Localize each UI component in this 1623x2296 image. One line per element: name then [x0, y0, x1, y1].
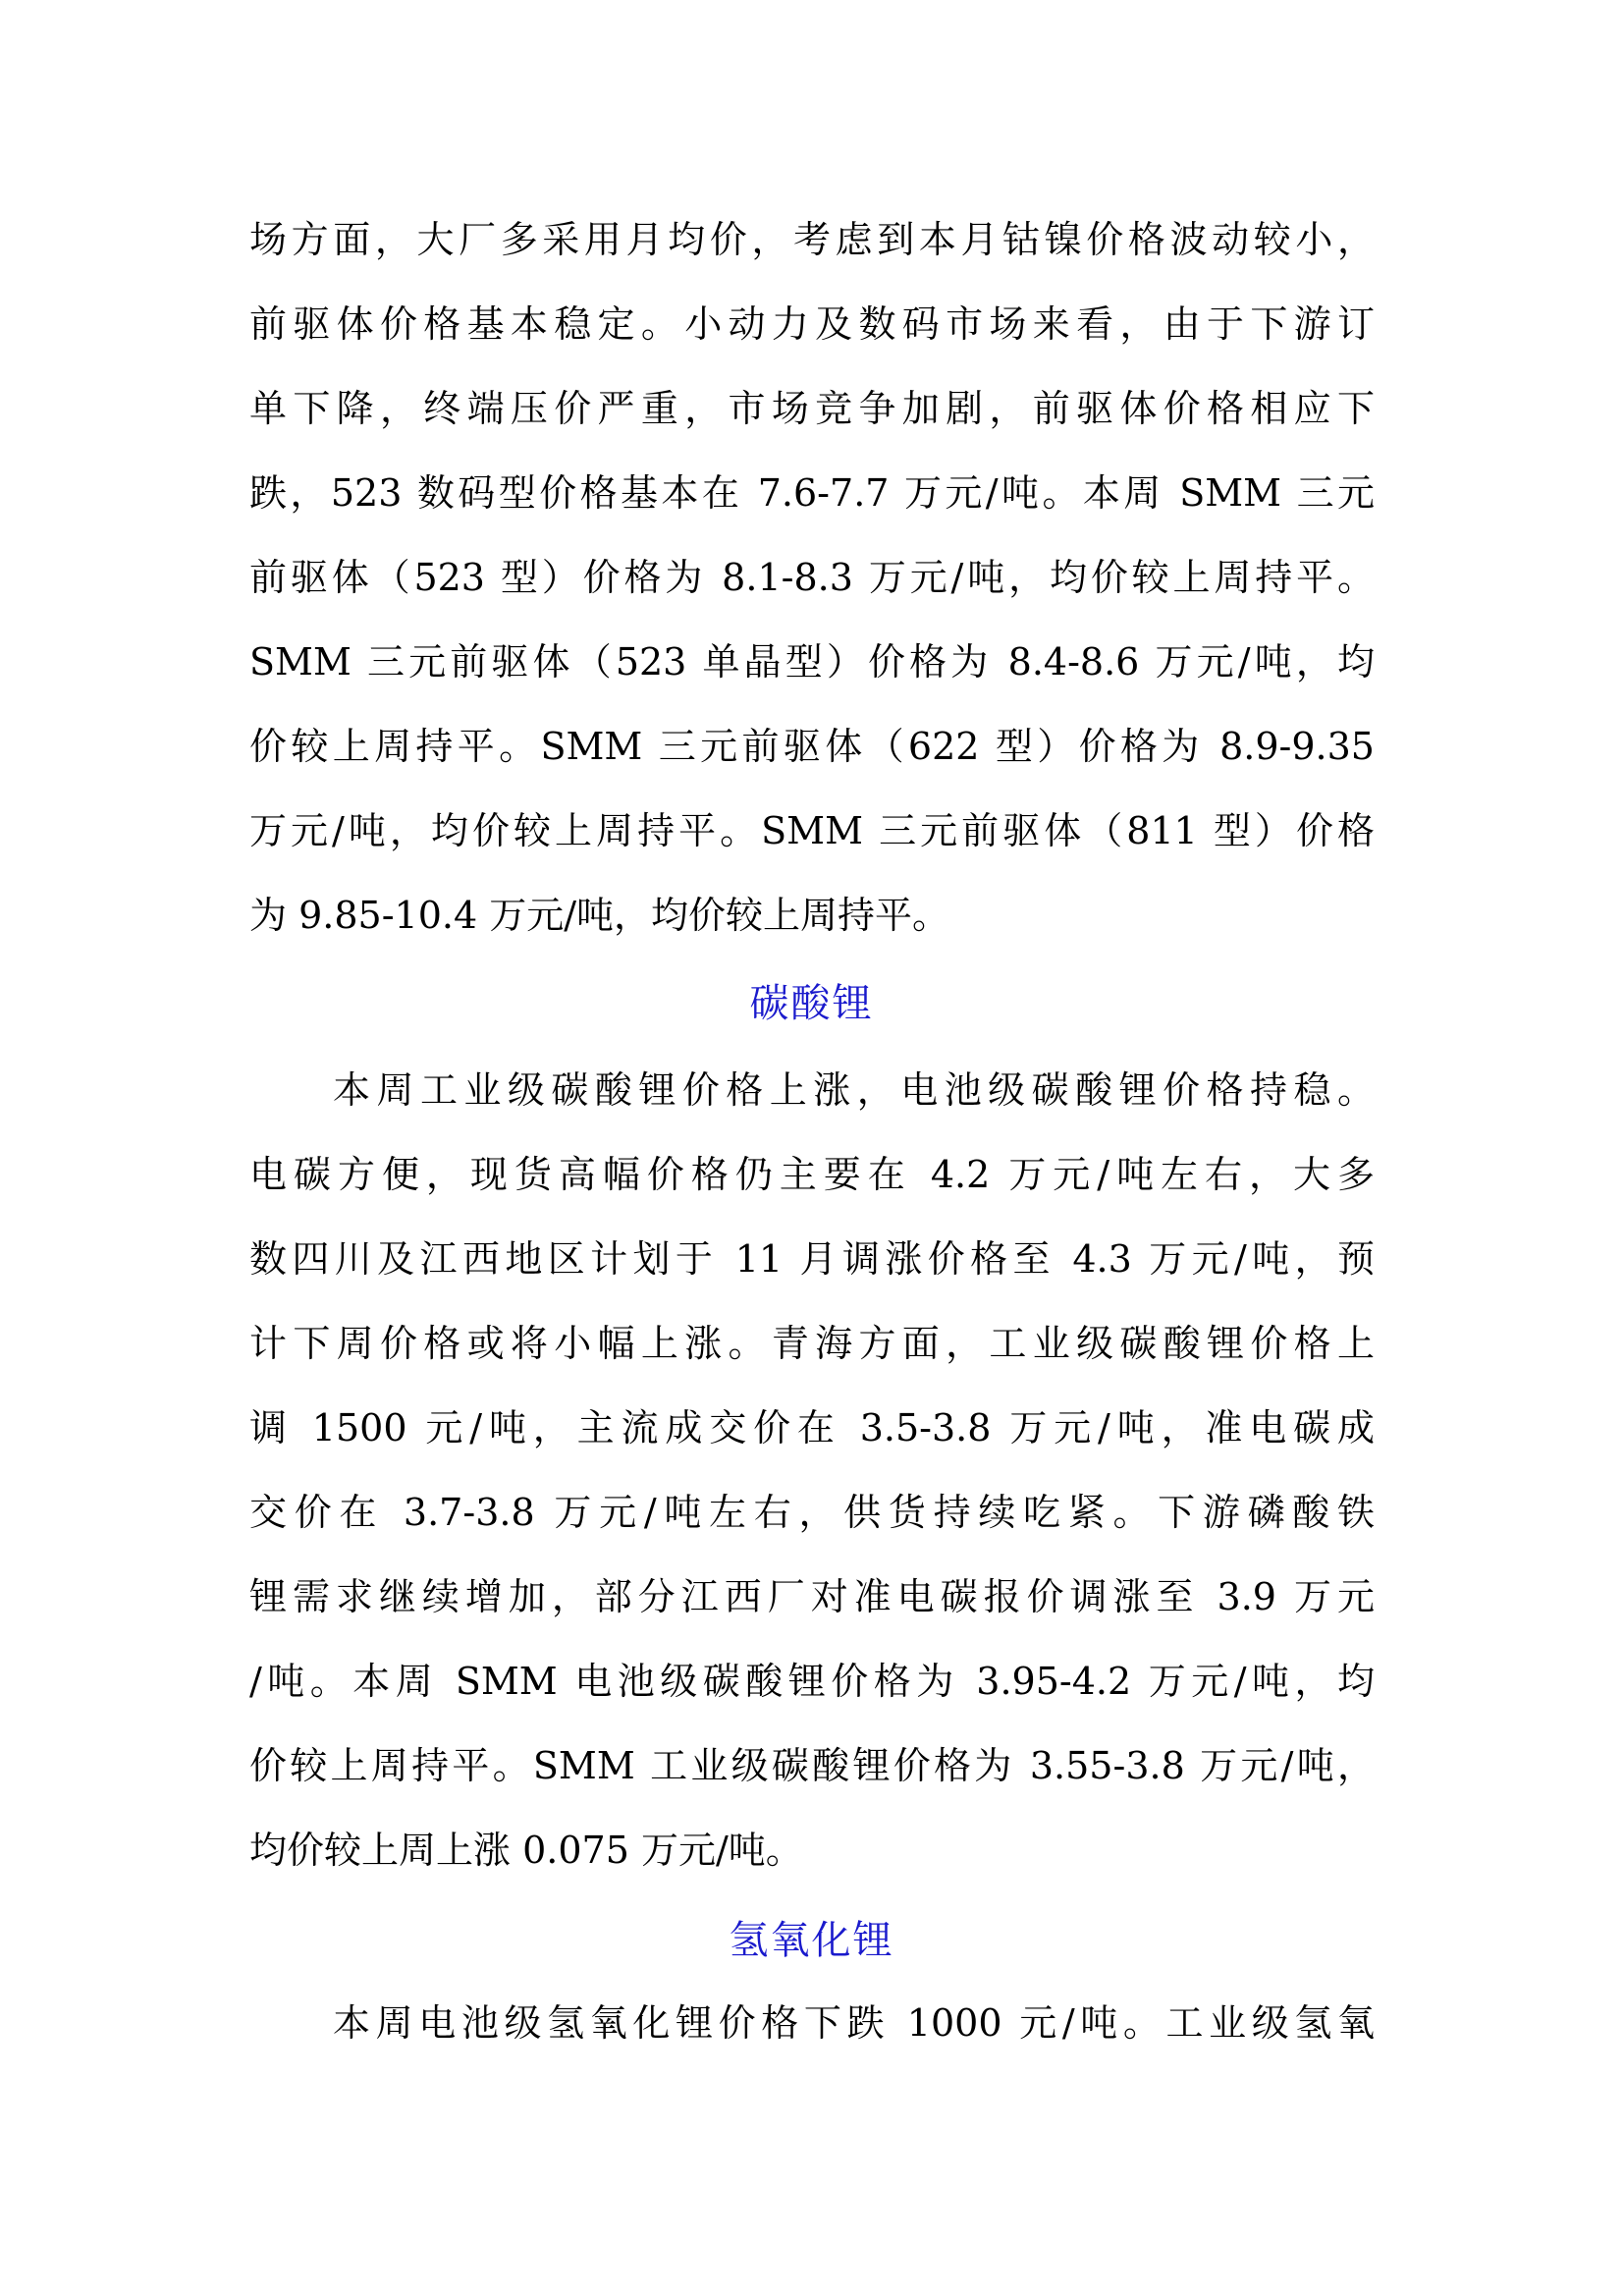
paragraph-line: 前驱体价格基本稳定。小动力及数码市场来看，由于下游订 [249, 295, 1375, 354]
paragraph-line: 计下周价格或将小幅上涨。青海方面，工业级碳酸锂价格上 [249, 1314, 1375, 1373]
paragraph-line: 场方面，大厂多采用月均价，考虑到本月钴镍价格波动较小， [249, 210, 1375, 269]
paragraph-line: 均价较上周上涨 0.075 万元/吨。 [249, 1821, 1375, 1880]
paragraph-line: 万元/吨，均价较上周持平。SMM 三元前驱体（811 型）价格 [249, 801, 1375, 860]
paragraph-line: 价较上周持平。SMM 工业级碳酸锂价格为 3.55-3.8 万元/吨， [249, 1736, 1375, 1795]
paragraph-line: 为 9.85-10.4 万元/吨，均价较上周持平。 [249, 886, 1375, 945]
paragraph-line: 本周电池级氢氧化锂价格下跌 1000 元/吨。工业级氢氧 [333, 1994, 1375, 2052]
section-heading-lithium-hydroxide: 氢氧化锂 [0, 1911, 1623, 1970]
paragraph-line: 调 1500 元/吨，主流成交价在 3.5-3.8 万元/吨，准电碳成 [249, 1398, 1375, 1457]
paragraph-line: SMM 三元前驱体（523 单晶型）价格为 8.4-8.6 万元/吨，均 [249, 632, 1375, 691]
paragraph-line: 锂需求继续增加，部分江西厂对准电碳报价调涨至 3.9 万元 [249, 1567, 1375, 1626]
paragraph-line: 单下降，终端压价严重，市场竞争加剧，前驱体价格相应下 [249, 379, 1375, 438]
paragraph-line: 本周工业级碳酸锂价格上涨，电池级碳酸锂价格持稳。 [333, 1061, 1375, 1120]
paragraph-line: 数四川及江西地区计划于 11 月调涨价格至 4.3 万元/吨，预 [249, 1230, 1375, 1288]
document-page: 场方面，大厂多采用月均价，考虑到本月钴镍价格波动较小， 前驱体价格基本稳定。小动… [0, 0, 1623, 2296]
paragraph-line: 电碳方便，现货高幅价格仍主要在 4.2 万元/吨左右，大多 [249, 1145, 1375, 1204]
paragraph-line: 交价在 3.7-3.8 万元/吨左右，供货持续吃紧。下游磷酸铁 [249, 1483, 1375, 1542]
paragraph-line: 价较上周持平。SMM 三元前驱体（622 型）价格为 8.9-9.35 [249, 717, 1375, 776]
paragraph-line: 前驱体（523 型）价格为 8.1-8.3 万元/吨，均价较上周持平。 [249, 548, 1375, 607]
paragraph-line: 跌，523 数码型价格基本在 7.6-7.7 万元/吨。本周 SMM 三元 [249, 464, 1375, 522]
paragraph-line: /吨。本周 SMM 电池级碳酸锂价格为 3.95-4.2 万元/吨，均 [249, 1652, 1375, 1711]
section-heading-lithium-carbonate: 碳酸锂 [0, 974, 1623, 1033]
